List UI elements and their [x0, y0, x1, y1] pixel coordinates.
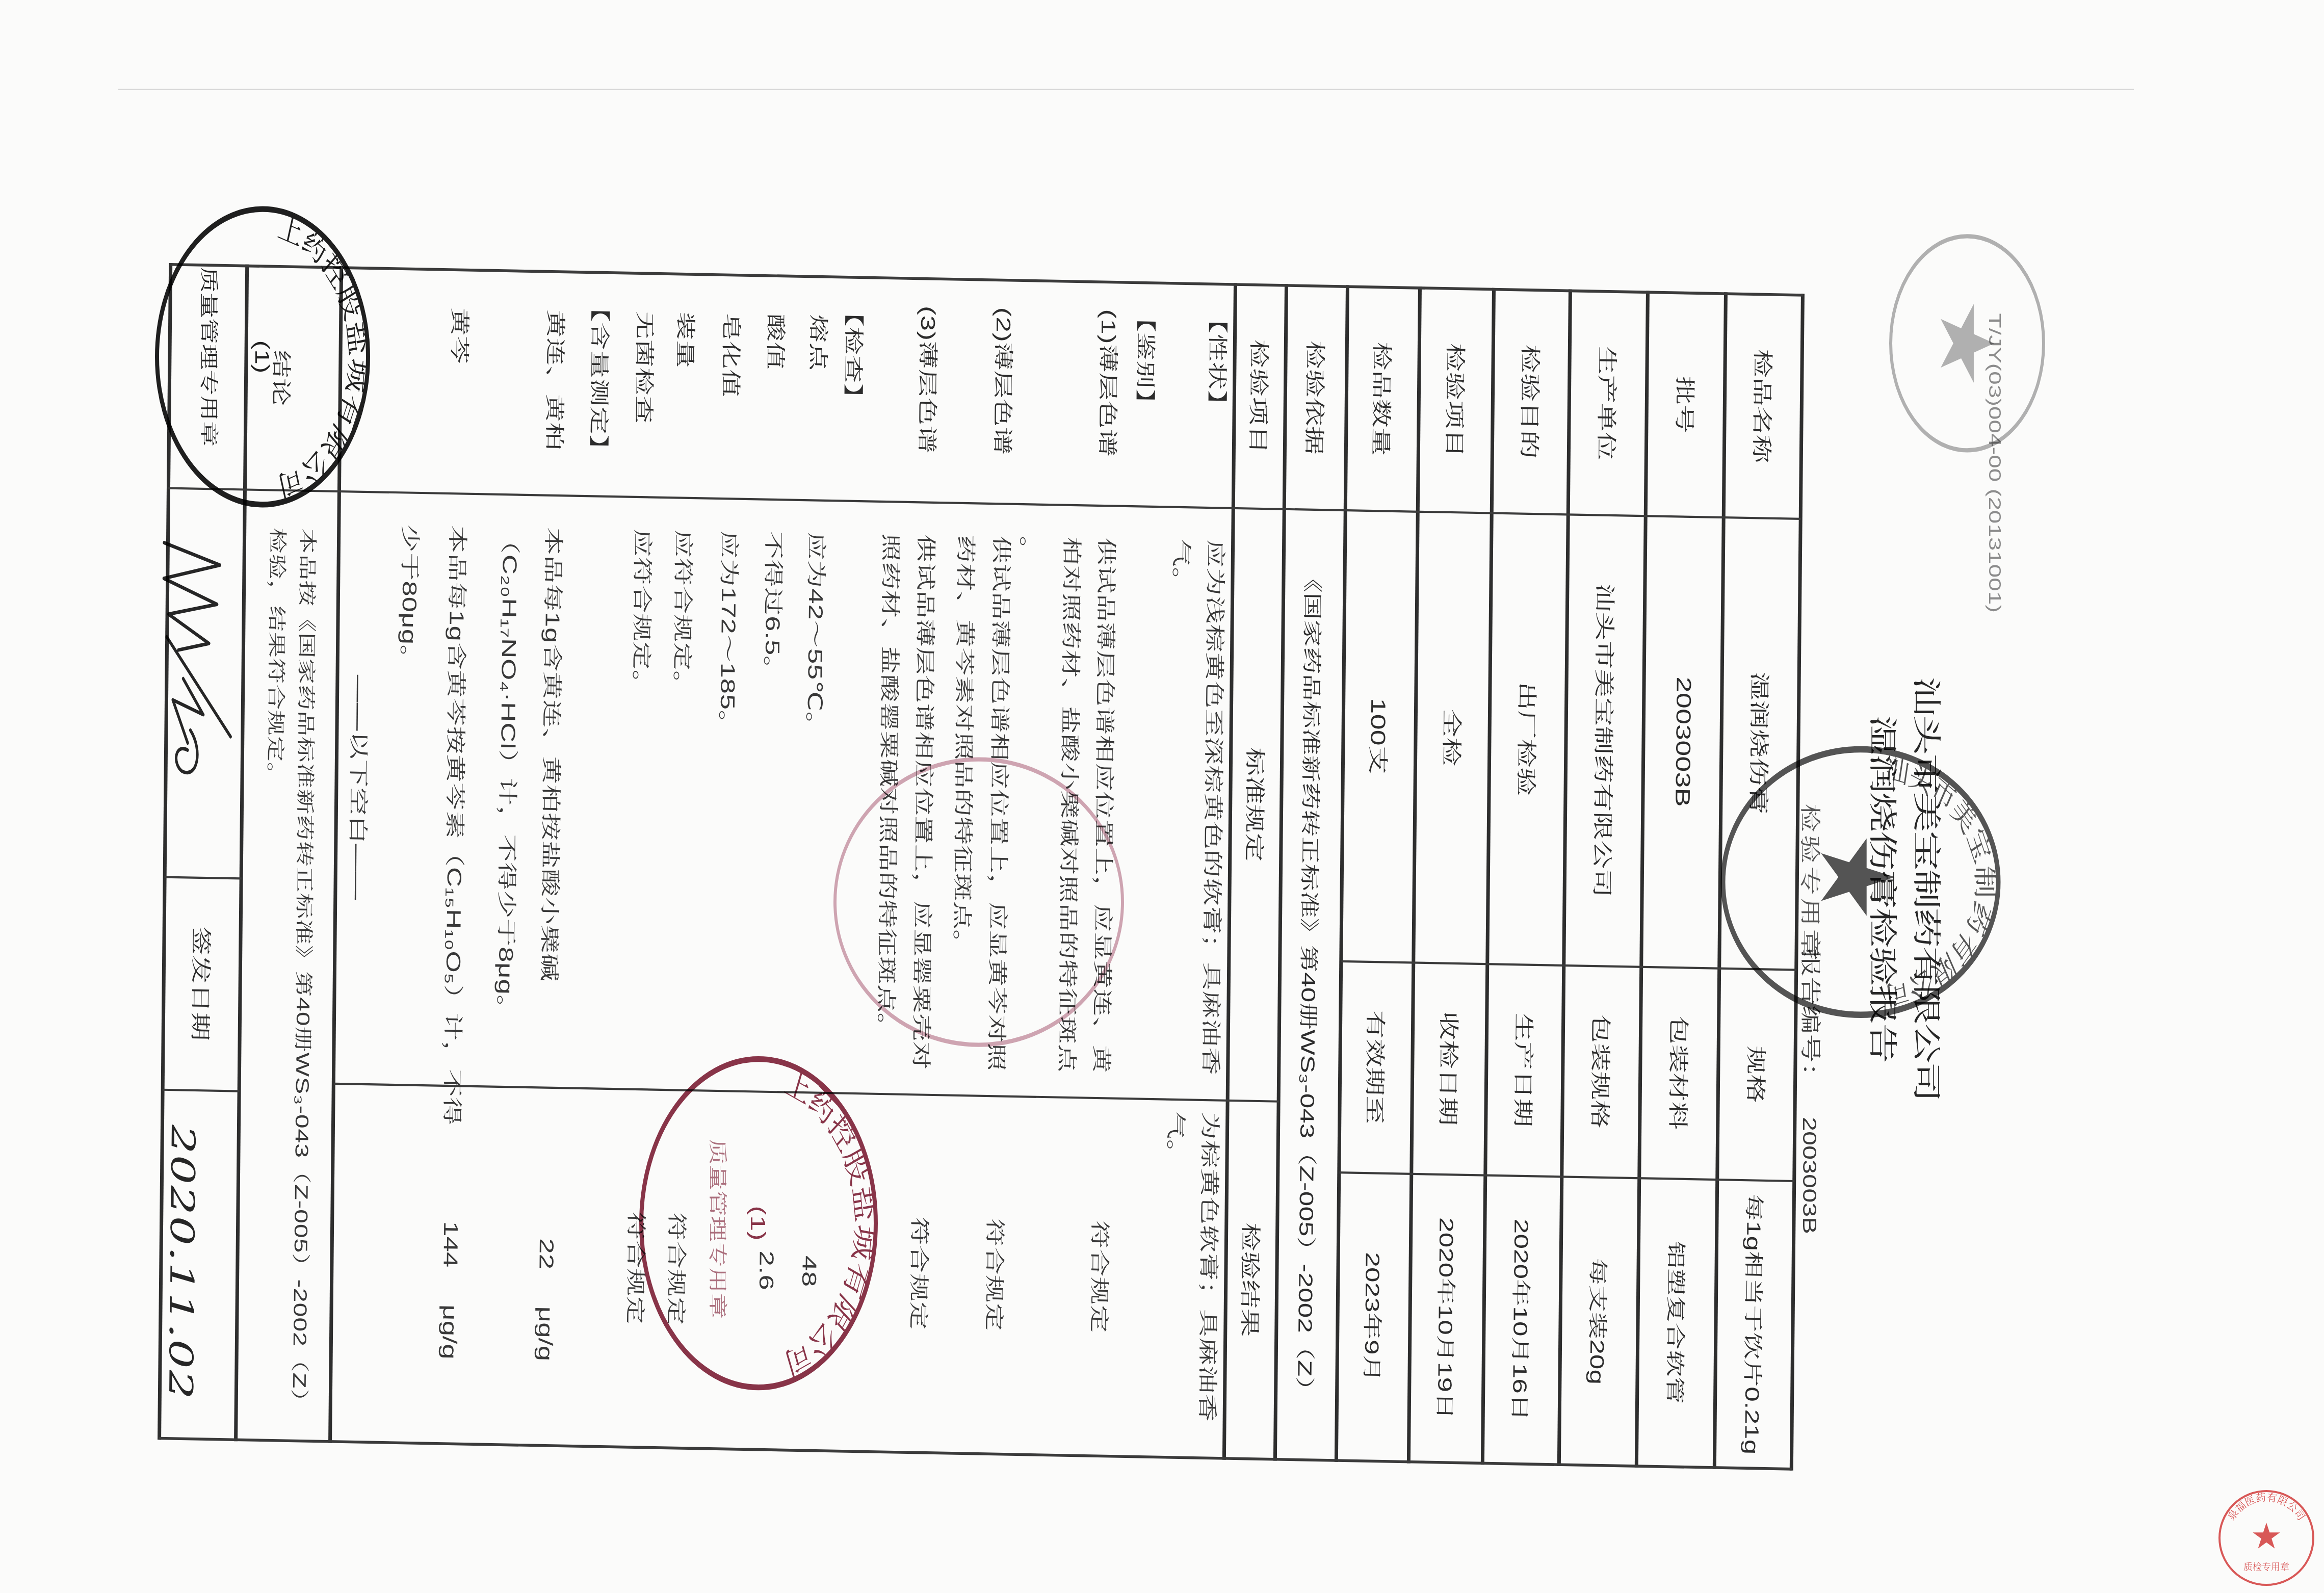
- value-sample-quantity: 100支: [1341, 510, 1418, 962]
- qa-seal-conclusion: 上药控股盐城有限公司 (1) 质量管理专用章: [153, 204, 372, 509]
- label-production-date: 生产日期: [1485, 964, 1564, 1177]
- label-manufacturer: 生产单位: [1569, 291, 1648, 515]
- qa-seal-ring-text: 上药控股盐城有限公司: [781, 1061, 879, 1385]
- issue-date: 2020.11.02: [162, 1125, 200, 1401]
- result-tlc-3: 符合规定: [905, 1094, 932, 1453]
- label-sample-name: 检品名称: [1724, 294, 1803, 518]
- label-package-size: 包装规格: [1562, 965, 1641, 1178]
- label-packaging-material: 包装材料: [1639, 967, 1719, 1179]
- conclusion-line: 本品按《国家药品标准新药转正标准》第40册WS₃-043（Z-005）-2002…: [288, 528, 320, 1415]
- company-seal-ring-text: 汕头市美宝制药有限公司: [1884, 747, 1998, 1016]
- watermark-seal: 泉福医药有限公司 质检专用章: [2217, 1488, 2316, 1587]
- star-icon: [1821, 839, 1895, 916]
- item-tlc-3: (3)薄层色谱: [915, 305, 939, 454]
- star-icon: [1941, 304, 1994, 382]
- value-inspection-basis: 《国家药品标准新药转正标准》第40册WS₃-043（Z-005）-2002（Z）: [1275, 509, 1346, 1460]
- faint-red-seal: [832, 755, 1126, 1049]
- blank-marker: ——以下空白——: [343, 491, 372, 1084]
- svg-text:上药控股盐城有限公司: 上药控股盐城有限公司: [781, 1061, 879, 1385]
- value-production-date: 2020年10月16日: [1483, 1175, 1562, 1465]
- standard-line: 气。: [1168, 539, 1192, 595]
- label-inspection-purpose: 检验目的: [1492, 290, 1571, 514]
- result-assay-berberine-unit: μg/g: [533, 1306, 557, 1361]
- svg-text:上药控股盐城有限公司: 上药控股盐城有限公司: [275, 207, 372, 507]
- report-page: T/JY(03)004-00 (20131001) 汕头市美宝制药有限公司 湿润…: [0, 0, 2324, 1593]
- label-sample-quantity: 检品数量: [1346, 286, 1420, 511]
- qa-seal-results: 上药控股盐城有限公司 (1) 质量管理专用章: [638, 1054, 879, 1393]
- result-assay-berberine-value: 22: [534, 1087, 559, 1270]
- section-identification: 【鉴别】: [1133, 304, 1157, 417]
- watermark-seal-center-text: 质检专用章: [2243, 1562, 2289, 1572]
- standard-line: 不得过6.5。: [760, 531, 785, 684]
- label-receipt-date: 收检日期: [1412, 962, 1487, 1175]
- result-appearance: 气。: [1163, 1111, 1187, 1168]
- label-inspection-scope: 检验项目: [1418, 288, 1494, 513]
- value-specification: 每1g相当于饮片0.21g: [1715, 1179, 1794, 1469]
- value-batch-number: 2003003B: [1641, 515, 1724, 968]
- standard-line: 应为172～185。: [715, 530, 740, 738]
- star-icon: [2253, 1523, 2280, 1549]
- column-header-standard: 标准规定: [1228, 508, 1285, 1101]
- value-inspection-scope: 全检: [1414, 511, 1492, 963]
- value-expiry-date: 2023年9月: [1337, 1172, 1412, 1461]
- value-package-size: 每支装20g: [1559, 1177, 1639, 1466]
- item-fill-quantity: 装量: [672, 312, 696, 369]
- label-inspection-basis: 检验依据: [1285, 285, 1348, 510]
- qa-seal-ring-text: 上药控股盐城有限公司: [275, 207, 372, 507]
- value-inspection-purpose: 出厂检验: [1487, 513, 1568, 965]
- standard-line: 应为42～55℃。: [802, 532, 827, 740]
- standard-line: 本品每1g含黄连、黄柏按盐酸小檗碱: [537, 527, 565, 982]
- result-assay-baicalein-value: 144: [438, 1085, 463, 1268]
- column-header-result: 检验结果: [1224, 1100, 1279, 1459]
- value-packaging-material: 铝塑复合软管: [1637, 1178, 1717, 1468]
- label-batch-number: 批号: [1646, 292, 1726, 517]
- qa-seal-center-text: 质量管理专用章: [198, 267, 219, 447]
- company-seal-center-text: 检验专用章: [1798, 803, 1821, 960]
- standard-line: 应为浅棕黄色至深棕黄色的软膏；具麻油香: [1198, 539, 1226, 1075]
- result-tlc-2: 符合规定: [980, 1095, 1007, 1454]
- standard-line: 。: [1016, 536, 1040, 564]
- value-receipt-date: 2020年10月19日: [1409, 1173, 1485, 1463]
- result-appearance: 为棕黄色软膏；具麻油香: [1195, 1112, 1221, 1422]
- value-manufacturer: 汕头市美宝制药有限公司: [1564, 514, 1646, 967]
- section-inspection: 【检查】: [841, 299, 865, 412]
- svg-text:汕头市美宝制药有限公司: 汕头市美宝制药有限公司: [1884, 747, 1998, 1016]
- qa-seal-number: (1): [251, 340, 273, 373]
- svg-text:泉福医药有限公司: 泉福医药有限公司: [2226, 1492, 2307, 1523]
- company-inspection-seal: 汕头市美宝制药有限公司 检验专用章: [1719, 744, 2002, 1020]
- section-appearance: 【性状】: [1204, 305, 1229, 419]
- item-assay-berberine: 黄连、黄柏: [542, 309, 567, 451]
- report-number: 2003003B: [1797, 1117, 1821, 1234]
- conclusion-line: 检验，结果符合规定。: [263, 528, 289, 789]
- item-sterility: 无菌检查: [631, 311, 656, 424]
- standard-line: 应符合规定。: [669, 529, 694, 699]
- form-seal: [1886, 229, 2049, 457]
- handwritten-signature-icon: [146, 535, 241, 794]
- item-acid-value: 酸值: [763, 314, 787, 370]
- standard-line: （C₂₀H₁₇NO₄·HCl）计，不得少于8μg。: [493, 526, 521, 1023]
- column-header-item: 检验项目: [1234, 284, 1287, 509]
- item-tlc-1: (1)薄层色谱: [1095, 309, 1120, 457]
- issue-date-label: 签发日期: [163, 877, 242, 1091]
- standard-line: 少于80μg。: [397, 524, 422, 673]
- result-assay-baicalein-unit: μg/g: [437, 1304, 461, 1360]
- qa-seal-number: (1): [746, 1206, 769, 1240]
- standard-line: 本品每1g含黄芩按黄芩素（C₁₅H₁₀O₅）计，不得: [439, 525, 468, 1126]
- watermark-seal-ring-text: 泉福医药有限公司: [2226, 1492, 2307, 1523]
- qa-seal-center-text: 质量管理专用章: [707, 1139, 727, 1319]
- item-tlc-2: (2)薄层色谱: [990, 307, 1015, 455]
- section-assay: 【含量测定】: [586, 294, 611, 463]
- standard-line: 应符合规定。: [629, 529, 654, 698]
- result-tlc-1: 符合规定: [1085, 1098, 1112, 1456]
- item-assay-baicalein: 黄芩: [447, 307, 471, 364]
- item-saponification-value: 皂化值: [718, 312, 743, 398]
- item-melting-point: 熔点: [805, 314, 829, 371]
- label-expiry-date: 有效期至: [1339, 961, 1414, 1173]
